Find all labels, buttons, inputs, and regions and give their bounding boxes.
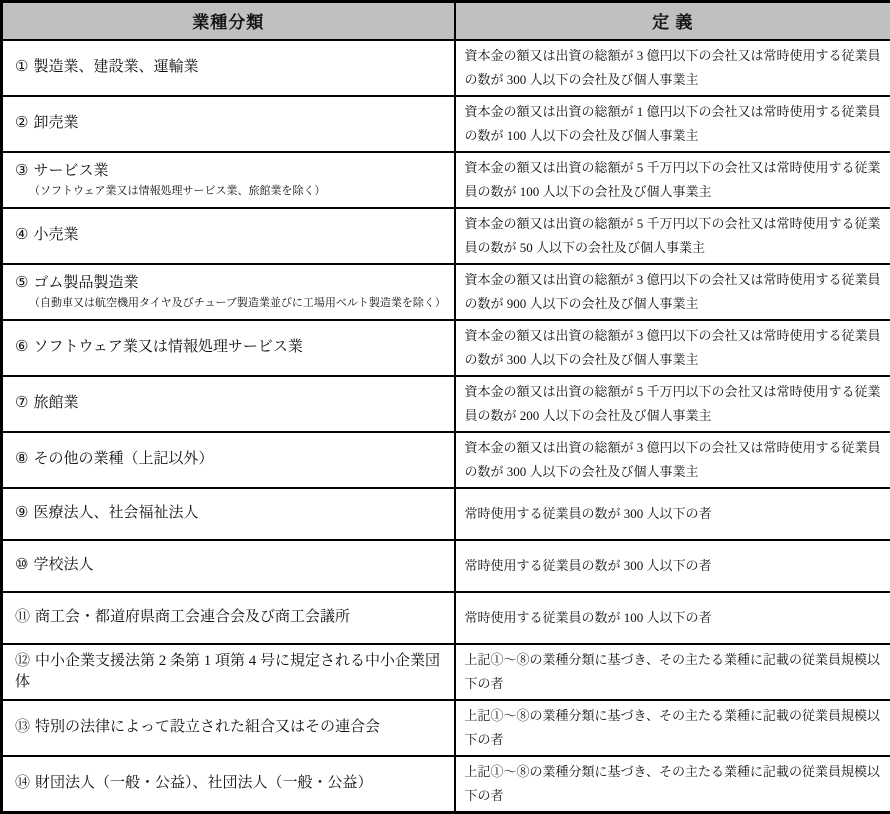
category-cell: ③サービス業 （ソフトウェア業又は情報処理サービス業、旅館業を除く） — [2, 152, 455, 208]
table-row: ⑦旅館業 資本金の額又は出資の総額が 5 千万円以下の会社又は常時使用する従業員… — [2, 376, 890, 432]
category-label: 小売業 — [33, 227, 78, 243]
table-row: ⑥ソフトウェア業又は情報処理サービス業 資本金の額又は出資の総額が 3 億円以下… — [2, 320, 890, 376]
row-number: ⑫ — [15, 653, 30, 669]
row-number: ⑥ — [15, 339, 28, 355]
category-label: 製造業、建設業、運輸業 — [33, 59, 198, 75]
category-label: 商工会・都道府県商工会連合会及び商工会議所 — [35, 609, 350, 625]
category-note: （自動車又は航空機用タイヤ及びチューブ製造業並びに工場用ベルト製造業を除く） — [15, 296, 444, 311]
category-cell: ⑬特別の法律によって設立された組合又はその連合会 — [2, 700, 455, 756]
category-cell: ⑩学校法人 — [2, 540, 455, 592]
definition-cell: 資本金の額又は出資の総額が 3 億円以下の会社又は常時使用する従業員の数が 90… — [455, 264, 890, 320]
category-label: 財団法人（一般・公益）、社団法人（一般・公益） — [35, 775, 373, 791]
category-label: 医療法人、社会福祉法人 — [33, 505, 198, 521]
column-header-category: 業種分類 — [2, 2, 455, 40]
category-cell: ⑪商工会・都道府県商工会連合会及び商工会議所 — [2, 592, 455, 644]
definition-cell: 資本金の額又は出資の総額が 5 千万円以下の会社又は常時使用する従業員の数が 1… — [455, 152, 890, 208]
table-row: ⑫中小企業支援法第 2 条第 1 項第 4 号に規定される中小企業団体 上記①～… — [2, 644, 890, 700]
category-cell: ⑤ゴム製品製造業 （自動車又は航空機用タイヤ及びチューブ製造業並びに工場用ベルト… — [2, 264, 455, 320]
table-row: ⑪商工会・都道府県商工会連合会及び商工会議所 常時使用する従業員の数が 100 … — [2, 592, 890, 644]
definition-cell: 資本金の額又は出資の総額が 3 億円以下の会社又は常時使用する従業員の数が 30… — [455, 432, 890, 488]
row-number: ④ — [15, 227, 28, 243]
category-label: ソフトウェア業又は情報処理サービス業 — [33, 339, 302, 355]
category-cell: ②卸売業 — [2, 96, 455, 152]
row-number: ② — [15, 115, 28, 131]
column-header-definition: 定 義 — [455, 2, 890, 40]
definition-cell: 上記①～⑧の業種分類に基づき、その主たる業種に記載の従業員規模以下の者 — [455, 756, 890, 813]
table-row: ③サービス業 （ソフトウェア業又は情報処理サービス業、旅館業を除く） 資本金の額… — [2, 152, 890, 208]
definition-cell: 常時使用する従業員の数が 100 人以下の者 — [455, 592, 890, 644]
category-note: （ソフトウェア業又は情報処理サービス業、旅館業を除く） — [15, 184, 444, 199]
category-cell: ⑫中小企業支援法第 2 条第 1 項第 4 号に規定される中小企業団体 — [2, 644, 455, 700]
category-cell: ⑭財団法人（一般・公益）、社団法人（一般・公益） — [2, 756, 455, 813]
industry-definition-table: 業種分類 定 義 ①製造業、建設業、運輸業 資本金の額又は出資の総額が 3 億円… — [0, 0, 890, 814]
category-label: 卸売業 — [33, 115, 78, 131]
row-number: ③ — [15, 163, 28, 179]
row-number: ⑬ — [15, 719, 30, 735]
category-label: サービス業 — [33, 163, 108, 179]
definition-cell: 資本金の額又は出資の総額が 1 億円以下の会社又は常時使用する従業員の数が 10… — [455, 96, 890, 152]
category-cell: ⑨医療法人、社会福祉法人 — [2, 488, 455, 540]
category-label: 学校法人 — [33, 557, 93, 573]
row-number: ⑤ — [15, 275, 28, 291]
row-number: ⑪ — [15, 609, 30, 625]
definition-cell: 資本金の額又は出資の総額が 3 億円以下の会社又は常時使用する従業員の数が 30… — [455, 320, 890, 376]
row-number: ⑨ — [15, 505, 28, 521]
table-row: ⑧その他の業種（上記以外） 資本金の額又は出資の総額が 3 億円以下の会社又は常… — [2, 432, 890, 488]
definition-cell: 資本金の額又は出資の総額が 5 千万円以下の会社又は常時使用する従業員の数が 2… — [455, 376, 890, 432]
definition-cell: 常時使用する従業員の数が 300 人以下の者 — [455, 540, 890, 592]
table-row: ⑩学校法人 常時使用する従業員の数が 300 人以下の者 — [2, 540, 890, 592]
table-row: ⑤ゴム製品製造業 （自動車又は航空機用タイヤ及びチューブ製造業並びに工場用ベルト… — [2, 264, 890, 320]
row-number: ⑩ — [15, 557, 28, 573]
category-label: その他の業種（上記以外） — [33, 451, 213, 467]
definition-cell: 資本金の額又は出資の総額が 5 千万円以下の会社又は常時使用する従業員の数が 5… — [455, 208, 890, 264]
category-cell: ⑦旅館業 — [2, 376, 455, 432]
category-label: ゴム製品製造業 — [33, 275, 138, 291]
table-row: ①製造業、建設業、運輸業 資本金の額又は出資の総額が 3 億円以下の会社又は常時… — [2, 40, 890, 96]
table-row: ⑬特別の法律によって設立された組合又はその連合会 上記①～⑧の業種分類に基づき、… — [2, 700, 890, 756]
row-number: ① — [15, 59, 28, 75]
table-row: ④小売業 資本金の額又は出資の総額が 5 千万円以下の会社又は常時使用する従業員… — [2, 208, 890, 264]
definition-cell: 上記①～⑧の業種分類に基づき、その主たる業種に記載の従業員規模以下の者 — [455, 700, 890, 756]
row-number: ⑦ — [15, 395, 28, 411]
table-row: ⑭財団法人（一般・公益）、社団法人（一般・公益） 上記①～⑧の業種分類に基づき、… — [2, 756, 890, 813]
category-label: 旅館業 — [33, 395, 78, 411]
definition-cell: 常時使用する従業員の数が 300 人以下の者 — [455, 488, 890, 540]
definition-cell: 資本金の額又は出資の総額が 3 億円以下の会社又は常時使用する従業員の数が 30… — [455, 40, 890, 96]
row-number: ⑧ — [15, 451, 28, 467]
category-label: 特別の法律によって設立された組合又はその連合会 — [35, 719, 380, 735]
definition-cell: 上記①～⑧の業種分類に基づき、その主たる業種に記載の従業員規模以下の者 — [455, 644, 890, 700]
category-cell: ⑧その他の業種（上記以外） — [2, 432, 455, 488]
category-cell: ①製造業、建設業、運輸業 — [2, 40, 455, 96]
category-label: 中小企業支援法第 2 条第 1 項第 4 号に規定される中小企業団体 — [15, 653, 440, 690]
table-row: ⑨医療法人、社会福祉法人 常時使用する従業員の数が 300 人以下の者 — [2, 488, 890, 540]
document-page: 業種分類 定 義 ①製造業、建設業、運輸業 資本金の額又は出資の総額が 3 億円… — [0, 0, 890, 768]
row-number: ⑭ — [15, 775, 30, 791]
header-row: 業種分類 定 義 — [2, 2, 890, 40]
category-cell: ⑥ソフトウェア業又は情報処理サービス業 — [2, 320, 455, 376]
category-cell: ④小売業 — [2, 208, 455, 264]
table-row: ②卸売業 資本金の額又は出資の総額が 1 億円以下の会社又は常時使用する従業員の… — [2, 96, 890, 152]
